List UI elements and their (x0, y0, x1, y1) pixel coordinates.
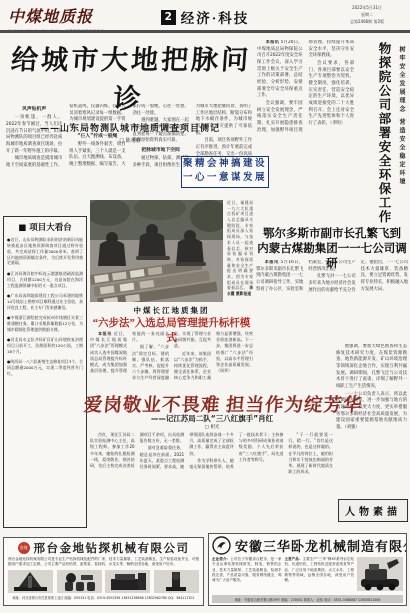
safety-paragraph: 会议要求，各部门、各项目部要以安全生产专项整治为契机，健全制度、强化培训、压实责… (309, 61, 355, 128)
safety-article-kicker: 树牢安全发展理念 营造安全稳定环境 (397, 46, 406, 187)
ad-jinde-intro: 邢台金地钻探机械有限公司是专业生产钻探机械及配件的厂家，技术力量雄厚，工艺装备精… (8, 557, 199, 568)
page-number-badge: 2 (161, 10, 176, 25)
slogan-line-1: 聚精会神搞建设 (183, 158, 267, 172)
jinde-logo-icon: 金地 (18, 542, 30, 554)
project-showcase-box: ■ 项目大看台 ●近日，山东局物测队承担的济南新旧动能转换起步区地热资源调查项目… (3, 216, 87, 528)
ad-jinde-header: 金地 邢台金地钻探机械有限公司 (8, 540, 199, 556)
character-sketch-label: 人物素描 (338, 499, 408, 522)
ad-sanhua-products-label: 主营产品： (285, 557, 303, 561)
project-box-title: ■ 项目大看台 (7, 221, 83, 233)
project-item: ●广东局深圳地质建设工程公司承建的地铁14号线岩土勘察项目顺利通过业主验收，获评… (7, 293, 83, 311)
ad-sanhua-intro: 企业简介：公司位于安徽省合肥市，是一家专业从事钻探机械研发、制造、销售的企业，技… (212, 557, 282, 583)
lead-paragraph: 遇到难题，大家围在一起讨论，比对图件，反复验证，直到把每一个疑点都搞清楚，确保原… (133, 118, 189, 145)
newspaper-page: 中煤地质报 ZHONG MEI DI ZHI BAO · 中国煤炭地质总局主办 … (0, 0, 410, 613)
photo-caption-text: 近日，福建局一九六大队重点找矿项目进入岩芯编录关键阶段，专家组成员深入钻探现场，… (227, 200, 253, 290)
ad-jinde-products (8, 570, 199, 593)
ad-sanhua-header: 安徽三华卧龙机械制造有限公司 (212, 536, 403, 555)
ad-sanhua-title: 安徽三华卧龙机械制造有限公司 (235, 536, 407, 555)
slogan-box: 聚精会神搞建设 一心一意谋发展 (181, 156, 269, 188)
ad-jinde-contact: 地址：河北省邢台市任县邢湾工业区 邮编：055151 电话：0319-45523… (8, 595, 199, 600)
ad-sanhua-body: 企业简介：公司位于安徽省合肥市，是一家专业从事钻探机械研发、制造、销售的企业，技… (212, 557, 403, 591)
product-photo-winch (105, 570, 150, 593)
erdos-article-continuation: 他强调，要加大绿色勘查和生态修复技术研究力度，在煤炭资源勘查、地热新能源开发、矿… (336, 344, 407, 496)
ad-sanhua-contact: 地址：安徽省合肥市蜀山路39号 邮编：230031 联系人：赵伟 电话：0551… (212, 595, 403, 603)
erdos-article-body: 本报讯 5月16日，鄂尔多斯市副市长孔繁飞到内蒙古煤勘集团一一七公司调研指导工作… (256, 260, 408, 340)
dateline: 本报讯 (266, 40, 279, 45)
lead-subhead-3: 把脉城市地下空间 (133, 147, 189, 154)
safety-paragraph-text: 5月20日，中煤地质总局物探院公司召开2022年度安全环保工作会议，深入学习贯彻… (257, 40, 303, 98)
project-item: ●江苏局海洋院中标连云港港航道疏浚监测项目，合同额1200万元，这是该院在海洋工… (7, 271, 83, 289)
section-title: 经济·科技 (181, 7, 250, 27)
devotion-paragraph: “干一行就要爱一行、精一行。”肖红是这样说的，也是这样做的。在平凡的岗位上，她用… (288, 432, 333, 475)
news-photo (90, 200, 223, 302)
photo-caption: 近日，福建局一九六大队重点找矿项目进入岩芯编录关键阶段，专家组成员深入钻探现场，… (227, 200, 253, 302)
date-block: 2022年5月31日 星期二 总第2466期 第2版 (330, 5, 404, 25)
ad-jinde-drilling: 金地 邢台金地钻探机械有限公司 邢台金地钻探机械有限公司是专业生产钻探机械及配件… (3, 537, 204, 606)
devotion-author: □ 相光 (84, 424, 340, 430)
project-item: ●陕西局一八六队新签生态修复项目3个，合同总额逾2000万元，实现二季度经营开门… (7, 359, 83, 377)
sixstep-body: 本报讯 近日，中煤长江地质集团“六步法”管理模式成功入选中国煤炭地质总局管理提升… (90, 331, 253, 394)
sanhua-logo-icon (212, 536, 231, 555)
project-item: ●中煤浙江测绘院完成杭州市钱塘区实景三维建模任务，累计采集影像数据12万张，为城… (7, 315, 83, 333)
safety-article-title: 物探院公司部署安全环保工作 (375, 42, 393, 224)
product-photo-core-drill (357, 557, 403, 591)
dateline: 本报讯 (265, 260, 279, 265)
date-line: 2022年5月31日 (330, 5, 404, 12)
project-item: ●近日，山东局物测队承担的济南新旧动能转换起步区地热资源调查项目通过野外验收，共… (7, 237, 83, 266)
lead-paragraph: 一顶帐篷，一群人。2022年春节刚过，当人们还沉浸在节日的气氛中时，山东局物测队… (6, 115, 62, 155)
issue-line: 总第2466期 第2版 (330, 19, 404, 26)
safety-article-body: 本报讯 5月20日，中煤地质总局物探院公司召开2022年度安全环保工作会议，深入… (257, 40, 354, 223)
weekday-line: 星期二 (330, 12, 404, 19)
header-divider (0, 30, 410, 33)
erdos-title-line1: 鄂尔多斯市副市长孔繁飞到 (256, 227, 408, 242)
project-item: ●河北局水文队井陉矿区矿山环境恢复治理项目日前开工，治理面积约120公顷，工期1… (7, 337, 83, 355)
dateline: 本报讯 (98, 331, 112, 336)
ad-sanhua-machinery: 安徽三华卧龙机械制造有限公司 企业简介：公司位于安徽省合肥市，是一家专业从事钻探… (208, 533, 407, 606)
ad-jinde-title: 邢台金地钻探机械有限公司 (34, 540, 190, 556)
erdos-paragraph: 他强调，要加大绿色勘查和生态修复技术研究力度，在煤炭资源勘查、地热新能源开发、矿… (336, 344, 407, 391)
lead-subhead-2: “仨人”拧成一股绳 (69, 133, 125, 140)
slogan-line-2: 一心一意谋发展 (183, 172, 267, 186)
devotion-subtitle: ——记江苏局二队“三八红旗手”肖红 (84, 413, 340, 424)
safety-paragraph: 本报讯 5月20日，中煤地质总局物探院公司召开2022年度安全环保工作会议，深入… (257, 40, 303, 100)
ad-sanhua-intro-label: 企业简介： (212, 557, 230, 561)
product-photo-swivel (154, 570, 199, 593)
devotion-body: 肖红，现任江苏局二队实验检测中心主任，高级工程师。参加工作20多年来，她始终扎根… (90, 432, 333, 527)
lead-subhead-1: 风声钻机声 (6, 106, 62, 113)
product-photo-mud-pump (57, 570, 102, 593)
ad-sanhua-products: 主营产品：主要生产“三华”牌XY系列岩芯钻机、坑道钻机、工程钻机及配套泥浆泵等产… (285, 557, 355, 583)
news-photo-illustration (90, 200, 223, 302)
product-photo-drill-tower (8, 570, 53, 593)
